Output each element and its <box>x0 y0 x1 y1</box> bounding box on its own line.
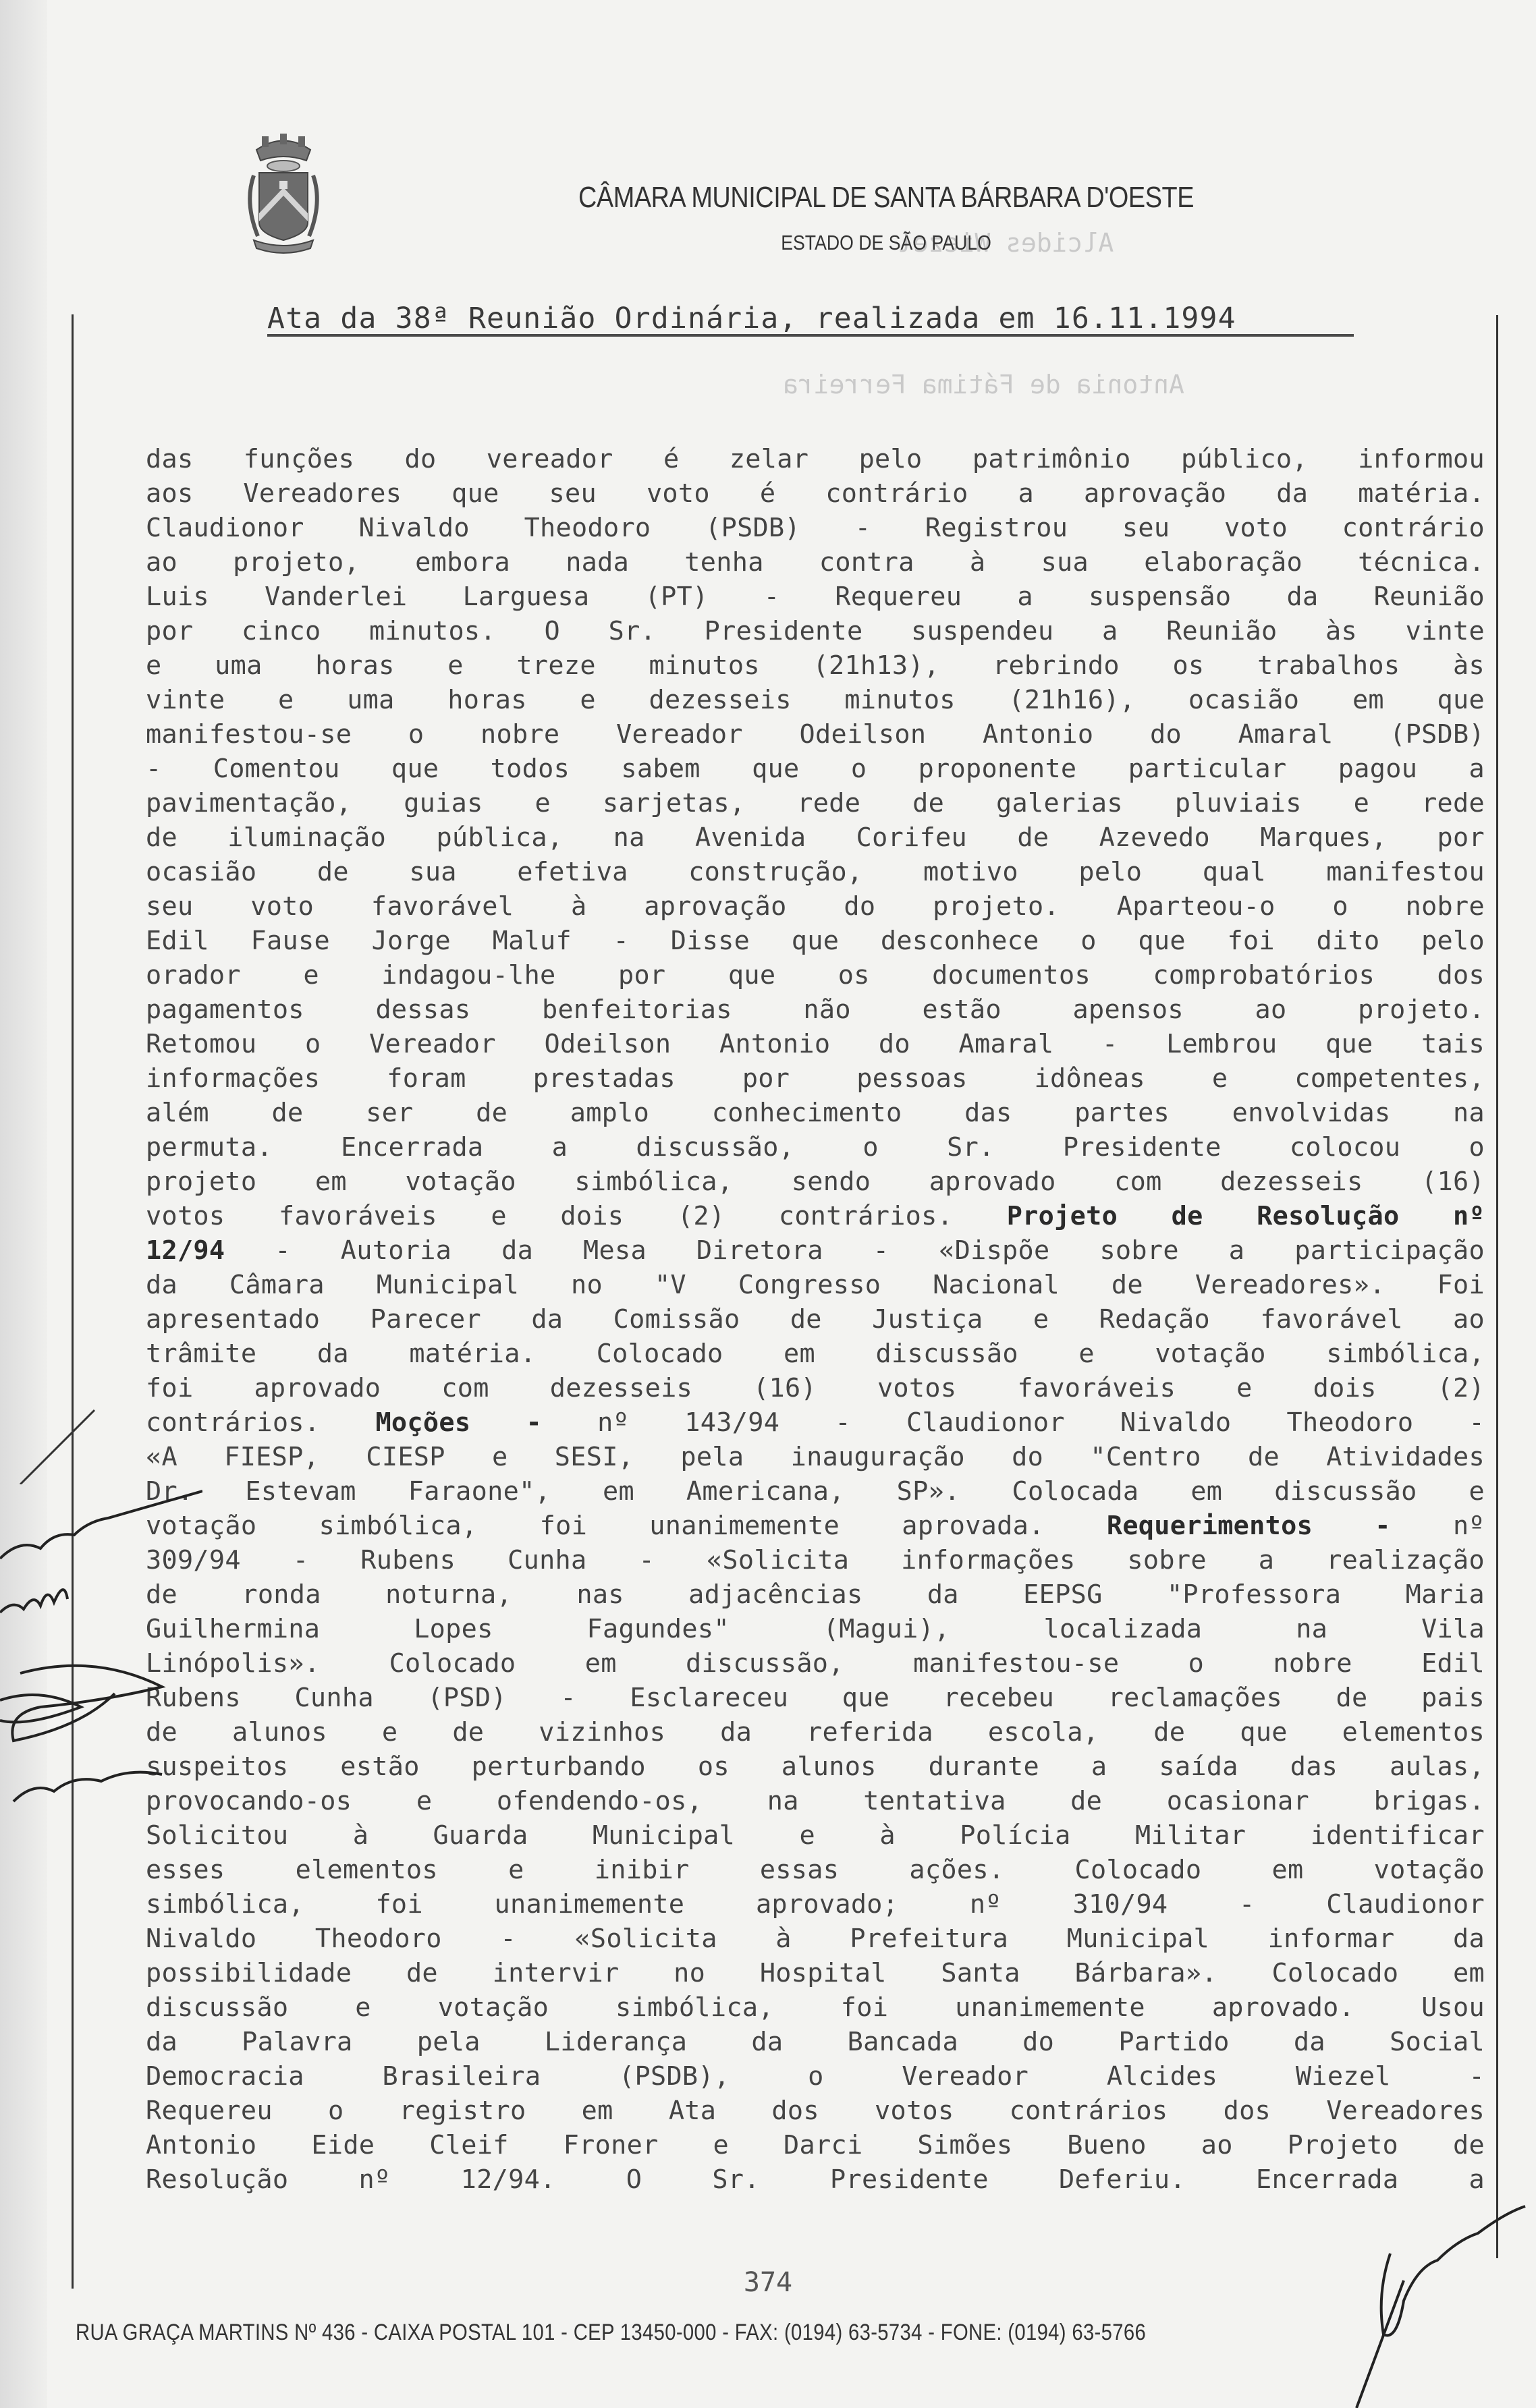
text-line: manifestou-se o nobre Vereador Odeilson … <box>146 717 1485 752</box>
text-line: Dr. Estevam Faraone", em Americana, SP».… <box>146 1474 1485 1509</box>
text-run: ao projeto, embora nada tenha contra à s… <box>146 547 1485 578</box>
text-line: «A FIESP, CIESP e SESI, pela inauguração… <box>146 1440 1485 1474</box>
text-line: Antonio Eide Cleif Froner e Darci Simões… <box>146 2128 1485 2162</box>
right-margin-rule <box>1496 315 1498 2258</box>
text-line: - Comentou que todos sabem que o propone… <box>146 752 1485 786</box>
institution-name: CÂMARA MUNICIPAL DE SANTA BÁRBARA D'OEST… <box>111 181 1432 215</box>
text-run: orador e indagou-lhe por que os document… <box>146 960 1485 990</box>
text-run: de alunos e de vizinhos da referida esco… <box>146 1717 1485 1747</box>
text-line: votação simbólica, foi unanimemente apro… <box>146 1509 1485 1543</box>
text-run: Claudionor Nivaldo Theodoro (PSDB) - Reg… <box>146 513 1485 543</box>
text-line: Claudionor Nivaldo Theodoro (PSDB) - Reg… <box>146 511 1485 545</box>
section-heading: Requerimentos - <box>1107 1511 1391 1541</box>
text-run: trâmite da matéria. Colocado em discussã… <box>146 1339 1485 1369</box>
text-run: - Comentou que todos sabem que o propone… <box>146 754 1485 784</box>
scan-edge-shadow <box>0 0 47 2408</box>
document-title: Ata da 38ª Reunião Ordinária, realizada … <box>267 304 1354 337</box>
text-line: das funções do vereador é zelar pelo pat… <box>146 442 1485 476</box>
text-line: orador e indagou-lhe por que os document… <box>146 958 1485 992</box>
text-run: Antonio Eide Cleif Froner e Darci Simões… <box>146 2130 1485 2160</box>
text-line: Linópolis». Colocado em discussão, manif… <box>146 1646 1485 1681</box>
text-run: apresentado Parecer da Comissão de Justi… <box>146 1304 1485 1335</box>
text-run: Dr. Estevam Faraone", em Americana, SP».… <box>146 1476 1485 1507</box>
text-run: de iluminação pública, na Avenida Corife… <box>146 822 1485 853</box>
text-line: Guilhermina Lopes Fagundes" (Magui), loc… <box>146 1612 1485 1646</box>
text-run: votação simbólica, foi unanimemente apro… <box>146 1511 1107 1541</box>
text-run: possibilidade de intervir no Hospital Sa… <box>146 1958 1485 1988</box>
bleed-through-text: Antonia de Fátima Ferreira <box>783 370 1184 399</box>
text-line: ocasião de sua efetiva construção, motiv… <box>146 855 1485 889</box>
text-line: Nivaldo Theodoro - «Solicita à Prefeitur… <box>146 1922 1485 1956</box>
text-line: discussão e votação simbólica, foi unani… <box>146 1990 1485 2025</box>
text-run: votos favoráveis e dois (2) contrários. <box>146 1201 1007 1231</box>
minutes-body: das funções do vereador é zelar pelo pat… <box>146 442 1485 2197</box>
text-run: - Autoria da Mesa Diretora - «Dispõe sob… <box>225 1235 1485 1266</box>
text-run: permuta. Encerrada a discussão, o Sr. Pr… <box>146 1132 1485 1163</box>
text-line: Resolução nº 12/94. O Sr. Presidente Def… <box>146 2162 1485 2197</box>
text-line: apresentado Parecer da Comissão de Justi… <box>146 1302 1485 1337</box>
text-run: informações foram prestadas por pessoas … <box>146 1063 1485 1094</box>
text-line: aos Vereadores que seu voto é contrário … <box>146 476 1485 511</box>
text-run: discussão e votação simbólica, foi unani… <box>146 1992 1485 2023</box>
text-line: Rubens Cunha (PSD) - Esclareceu que rece… <box>146 1681 1485 1715</box>
text-run: além de ser de amplo conhecimento das pa… <box>146 1098 1485 1128</box>
text-line: 12/94 - Autoria da Mesa Diretora - «Disp… <box>146 1233 1485 1268</box>
text-line: Retomou o Vereador Odeilson Antonio do A… <box>146 1027 1485 1061</box>
text-run: suspeitos estão perturbando os alunos du… <box>146 1752 1485 1782</box>
text-line: Democracia Brasileira (PSDB), o Vereador… <box>146 2059 1485 2094</box>
text-run: esses elementos e inibir essas ações. Co… <box>146 1855 1485 1885</box>
text-line: pagamentos dessas benfeitorias não estão… <box>146 992 1485 1027</box>
text-line: ao projeto, embora nada tenha contra à s… <box>146 545 1485 580</box>
footer-address: RUA GRAÇA MARTINS Nº 436 - CAIXA POSTAL … <box>76 2320 1317 2346</box>
text-run: Requereu o registro em Ata dos votos con… <box>146 2096 1485 2126</box>
text-line: foi aprovado com dezesseis (16) votos fa… <box>146 1371 1485 1405</box>
text-line: de ronda noturna, nas adjacências da EEP… <box>146 1577 1485 1612</box>
text-run: pagamentos dessas benfeitorias não estão… <box>146 995 1485 1025</box>
text-line: informações foram prestadas por pessoas … <box>146 1061 1485 1096</box>
text-run: seu voto favorável à aprovação do projet… <box>146 891 1485 922</box>
text-line: trâmite da matéria. Colocado em discussã… <box>146 1337 1485 1371</box>
text-run: vinte e uma horas e dezesseis minutos (2… <box>146 685 1485 715</box>
state-name: ESTADO DE SÃO PAULO <box>111 231 1432 255</box>
text-line: Solicitou à Guarda Municipal e à Polícia… <box>146 1818 1485 1853</box>
text-run: aos Vereadores que seu voto é contrário … <box>146 478 1485 509</box>
text-line: simbólica, foi unanimemente aprovado; nº… <box>146 1887 1485 1922</box>
section-heading: Projeto de Resolução nº <box>1007 1201 1485 1231</box>
text-line: provocando-os e ofendendo-os, na tentati… <box>146 1784 1485 1818</box>
text-line: e uma horas e treze minutos (21h13), reb… <box>146 648 1485 683</box>
text-line: de iluminação pública, na Avenida Corife… <box>146 820 1485 855</box>
text-run: provocando-os e ofendendo-os, na tentati… <box>146 1786 1485 1816</box>
text-run: Resolução nº 12/94. O Sr. Presidente Def… <box>146 2164 1485 2195</box>
text-run: nº 143/94 - Claudionor Nivaldo Theodoro … <box>542 1407 1485 1438</box>
text-line: Edil Fause Jorge Maluf - Disse que desco… <box>146 924 1485 958</box>
text-line: esses elementos e inibir essas ações. Co… <box>146 1853 1485 1887</box>
text-line: vinte e uma horas e dezesseis minutos (2… <box>146 683 1485 717</box>
text-run: Luis Vanderlei Larguesa (PT) - Requereu … <box>146 582 1485 612</box>
text-line: permuta. Encerrada a discussão, o Sr. Pr… <box>146 1130 1485 1165</box>
text-run: Rubens Cunha (PSD) - Esclareceu que rece… <box>146 1683 1485 1713</box>
text-line: além de ser de amplo conhecimento das pa… <box>146 1096 1485 1130</box>
text-line: da Palavra pela Liderança da Bancada do … <box>146 2025 1485 2059</box>
text-line: seu voto favorável à aprovação do projet… <box>146 889 1485 924</box>
text-run: Solicitou à Guarda Municipal e à Polícia… <box>146 1820 1485 1851</box>
section-heading: Moções - <box>375 1407 542 1438</box>
text-line: de alunos e de vizinhos da referida esco… <box>146 1715 1485 1749</box>
text-run: por cinco minutos. O Sr. Presidente susp… <box>146 616 1485 646</box>
text-run: projeto em votação simbólica, sendo apro… <box>146 1167 1485 1197</box>
text-run: Guilhermina Lopes Fagundes" (Magui), loc… <box>146 1614 1485 1644</box>
text-run: ocasião de sua efetiva construção, motiv… <box>146 857 1485 887</box>
text-line: contrários. Moções - nº 143/94 - Claudio… <box>146 1405 1485 1440</box>
text-line: pavimentação, guias e sarjetas, rede de … <box>146 786 1485 820</box>
text-run: e uma horas e treze minutos (21h13), reb… <box>146 650 1485 681</box>
section-heading: 12/94 <box>146 1235 225 1266</box>
text-run: manifestou-se o nobre Vereador Odeilson … <box>146 719 1485 750</box>
text-run: contrários. <box>146 1407 375 1438</box>
text-line: Luis Vanderlei Larguesa (PT) - Requereu … <box>146 580 1485 614</box>
left-margin-rule <box>72 314 74 2289</box>
text-run: de ronda noturna, nas adjacências da EEP… <box>146 1579 1485 1610</box>
page-number: 374 <box>0 2267 1536 2298</box>
text-run: 309/94 - Rubens Cunha - «Solicita inform… <box>146 1545 1485 1575</box>
text-line: Requereu o registro em Ata dos votos con… <box>146 2094 1485 2128</box>
text-run: nº <box>1391 1511 1485 1541</box>
text-line: da Câmara Municipal no "V Congresso Naci… <box>146 1268 1485 1302</box>
text-line: suspeitos estão perturbando os alunos du… <box>146 1749 1485 1784</box>
text-run: simbólica, foi unanimemente aprovado; nº… <box>146 1889 1485 1920</box>
text-line: votos favoráveis e dois (2) contrários. … <box>146 1199 1485 1233</box>
text-run: Linópolis». Colocado em discussão, manif… <box>146 1648 1485 1679</box>
text-run: Edil Fause Jorge Maluf - Disse que desco… <box>146 926 1485 956</box>
text-line: possibilidade de intervir no Hospital Sa… <box>146 1956 1485 1990</box>
text-line: por cinco minutos. O Sr. Presidente susp… <box>146 614 1485 648</box>
text-run: Retomou o Vereador Odeilson Antonio do A… <box>146 1029 1485 1059</box>
text-run: pavimentação, guias e sarjetas, rede de … <box>146 788 1485 818</box>
text-run: Democracia Brasileira (PSDB), o Vereador… <box>146 2061 1485 2092</box>
text-line: projeto em votação simbólica, sendo apro… <box>146 1165 1485 1199</box>
text-run: foi aprovado com dezesseis (16) votos fa… <box>146 1373 1485 1403</box>
text-run: da Palavra pela Liderança da Bancada do … <box>146 2027 1485 2057</box>
text-line: 309/94 - Rubens Cunha - «Solicita inform… <box>146 1543 1485 1577</box>
text-run: «A FIESP, CIESP e SESI, pela inauguração… <box>146 1442 1485 1472</box>
text-run: das funções do vereador é zelar pelo pat… <box>146 444 1485 474</box>
text-run: da Câmara Municipal no "V Congresso Naci… <box>146 1270 1485 1300</box>
signature-marks-right <box>1316 2200 1536 2408</box>
text-run: Nivaldo Theodoro - «Solicita à Prefeitur… <box>146 1924 1485 1954</box>
